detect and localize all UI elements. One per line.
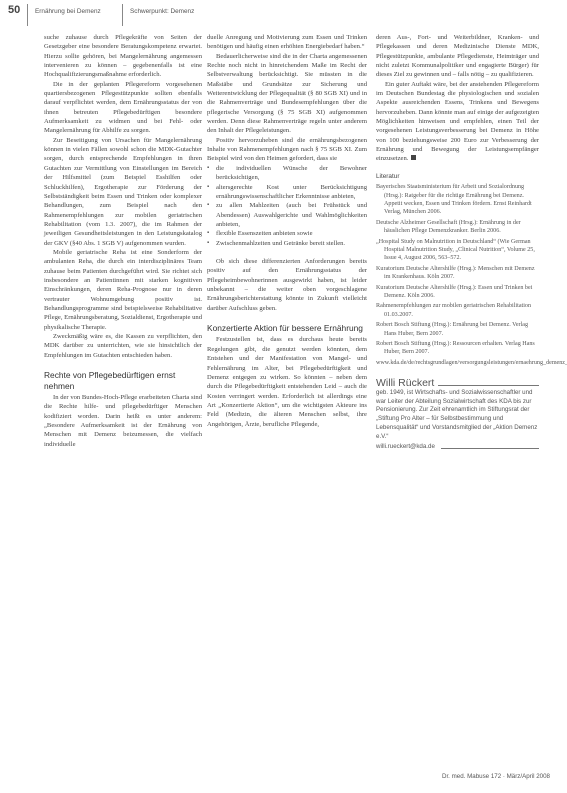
list-item: zu allen Mahlzeiten (auch bei Frühstück … [207, 201, 367, 229]
section-title: Ernährung bei Demenz [35, 8, 101, 15]
paragraph: duelle Anregung und Motivierung zum Esse… [207, 33, 367, 52]
literature-item: Kuratorium Deutsche Altershilfe (Hrsg.):… [376, 265, 539, 282]
section-heading: Konzertierte Aktion für bessere Ernährun… [207, 323, 367, 334]
list-item: Zwischenmahlzeiten und Getränke bereit s… [207, 239, 367, 248]
author-email[interactable]: willi.rueckert@kda.de [376, 442, 435, 451]
column-right: deren Aus-, Fort- und Weiterbildner, Kra… [376, 33, 539, 451]
literature-item: Robert Bosch Stiftung (Hrsg.): Ressource… [376, 340, 539, 357]
divider [441, 448, 539, 449]
column-middle: duelle Anregung und Motivierung zum Esse… [207, 33, 367, 429]
author-contact: willi.rueckert@kda.de [376, 442, 539, 451]
paragraph: suche zuhause durch Pflegekräfte von Sei… [44, 33, 202, 80]
list-item: flexible Essenszeiten anbieten sowie [207, 229, 367, 238]
author-name: Willi Rückert [376, 379, 434, 388]
paragraph: Ob sich diese differenzierten Anforderun… [207, 257, 367, 313]
paragraph: Festzustellen ist, dass es durchaus heut… [207, 335, 367, 428]
page-number: 50 [8, 4, 20, 16]
end-of-article-icon [411, 155, 416, 160]
divider [438, 385, 539, 386]
requirements-list: die individuellen Wünsche der Bewohner b… [207, 164, 367, 248]
paragraph: Zur Beseitigung von Ursachen für Mangele… [44, 136, 202, 248]
literature-item: Robert Bosch Stiftung (Hrsg.): Ernährung… [376, 321, 539, 338]
list-item: die individuellen Wünsche der Bewohner b… [207, 164, 367, 183]
literature-item: „Hospital Study on Malnutrition in Deuts… [376, 238, 539, 263]
page-header: 50 Ernährung bei Demenz Schwerpunkt: Dem… [0, 0, 567, 26]
paragraph: Positiv hervorzuheben sind die ernährung… [207, 136, 367, 164]
literature-item: Rahmenempfehlungen zur mobilen geriatris… [376, 302, 539, 319]
author-bio: geb. 1949, ist Wirtschafts- und Sozialwi… [376, 389, 539, 442]
paragraph: Ein guter Auftakt wäre, bei der anstehen… [376, 80, 539, 164]
literature-list: Bayerisches Staatsministerium für Arbeit… [376, 183, 539, 367]
literature-item: Kuratorium Deutsche Altershilfe (Hrsg.):… [376, 284, 539, 301]
paragraph: Mobile geriatrische Reha ist eine Sonder… [44, 248, 202, 332]
section-heading: Rechte von Pflegebedürftigen ernst nehme… [44, 370, 202, 391]
paragraph: Bedauerlicherweise sind die in der Chart… [207, 52, 367, 136]
paragraph: In der von Bundes-Hoch-Pflege erarbeitet… [44, 393, 202, 449]
list-item: altersgerechte Kost unter Berücksichtigu… [207, 183, 367, 202]
paragraph-text: Ein guter Auftakt wäre, bei der anstehen… [376, 81, 539, 163]
literature-item: Deutsche Alzheimer Gesellschaft (Hrsg.):… [376, 219, 539, 236]
literature-item: Bayerisches Staatsministerium für Arbeit… [376, 183, 539, 217]
paragraph: deren Aus-, Fort- und Weiterbildner, Kra… [376, 33, 539, 80]
header-divider [122, 4, 123, 26]
paragraph: Zweckmäßig wäre es, die Kassen zu verpfl… [44, 332, 202, 360]
header-divider [27, 4, 28, 26]
literature-item: www.kda.de/de/rechtsgrundlagen/versorgun… [376, 359, 539, 367]
column-left: suche zuhause durch Pflegekräfte von Sei… [44, 33, 202, 449]
author-block: Willi Rückert [376, 379, 539, 388]
literature-heading: Literatur [376, 172, 539, 181]
topic-title: Schwerpunkt: Demenz [130, 8, 194, 15]
paragraph: Die in der geplanten Pflegereform vorges… [44, 80, 202, 136]
page-footer: Dr. med. Mabuse 172 · März/April 2008 [442, 773, 550, 780]
